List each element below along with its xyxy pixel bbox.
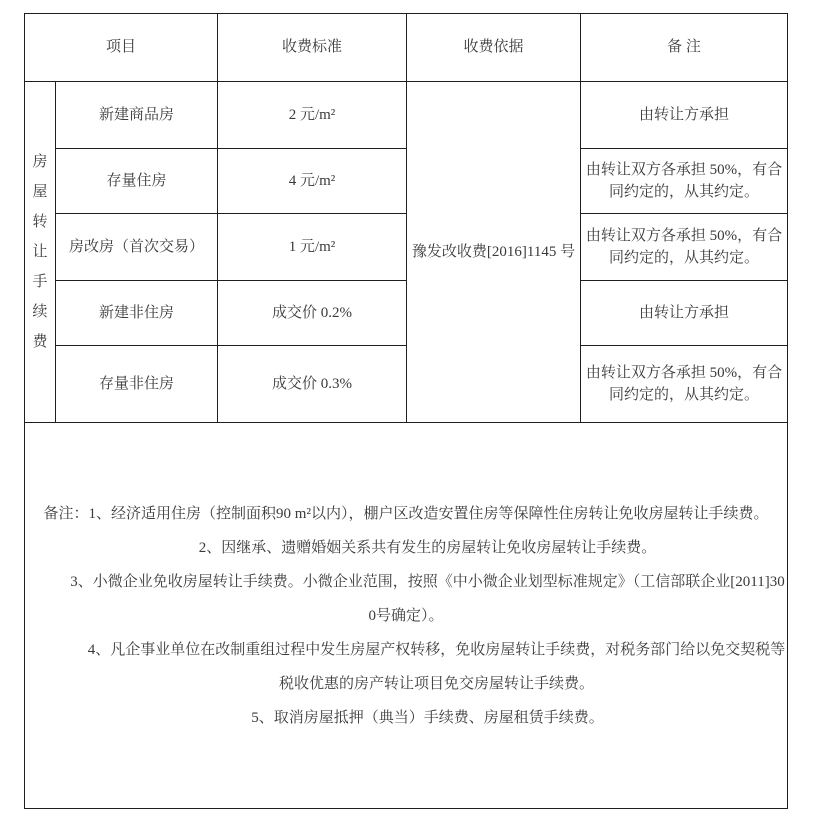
- fee-schedule-page: 项目 收费标准 收费依据 备 注 房屋转让手续费 新建商品房 2 元/m² 豫发…: [0, 0, 815, 822]
- standard-cell: 1 元/m²: [218, 214, 407, 281]
- table-header-row: 项目 收费标准 收费依据 备 注: [25, 14, 788, 82]
- standard-cell: 成交价 0.3%: [218, 346, 407, 423]
- remark-cell: 由转让双方各承担 50%，有合同约定的，从其约定。: [581, 149, 788, 214]
- table-row: 房屋转让手续费 新建商品房 2 元/m² 豫发改收费[2016]1145 号 由…: [25, 82, 788, 149]
- table-row: 房改房（首次交易） 1 元/m² 由转让双方各承担 50%，有合同约定的，从其约…: [25, 214, 788, 281]
- basis-cell: 豫发改收费[2016]1145 号: [407, 82, 581, 423]
- standard-cell: 4 元/m²: [218, 149, 407, 214]
- remark-cell: 由转让方承担: [581, 281, 788, 346]
- note-text: 1、经济适用住房（控制面积90 m²以内），棚户区改造安置住房等保障性住房转让免…: [89, 506, 769, 522]
- note-item-3: 3、小微企业免收房屋转让手续费。小微企业范围，按照《中小微企业划型标准规定》（工…: [25, 565, 787, 633]
- header-item: 项目: [25, 14, 218, 82]
- note-item-5: 5、取消房屋抵押（典当）手续费、房屋租赁手续费。: [25, 701, 787, 735]
- item-cell: 存量住房: [56, 149, 218, 214]
- note-item-4: 4、凡企事业单位在改制重组过程中发生房屋产权转移，免收房屋转让手续费，对税务部门…: [25, 633, 787, 701]
- header-remark: 备 注: [581, 14, 788, 82]
- category-cell: 房屋转让手续费: [25, 82, 56, 423]
- table-row: 存量住房 4 元/m² 由转让双方各承担 50%，有合同约定的，从其约定。: [25, 149, 788, 214]
- standard-cell: 成交价 0.2%: [218, 281, 407, 346]
- notes-row: 备注：1、经济适用住房（控制面积90 m²以内），棚户区改造安置住房等保障性住房…: [25, 423, 788, 809]
- note-item-2: 2、因继承、遗赠婚姻关系共有发生的房屋转让免收房屋转让手续费。: [25, 531, 787, 565]
- table-row: 存量非住房 成交价 0.3% 由转让双方各承担 50%，有合同约定的，从其约定。: [25, 346, 788, 423]
- item-cell: 存量非住房: [56, 346, 218, 423]
- category-vertical-label: 房屋转让手续费: [32, 147, 48, 357]
- item-cell: 房改房（首次交易）: [56, 214, 218, 281]
- standard-cell: 2 元/m²: [218, 82, 407, 149]
- item-cell: 新建非住房: [56, 281, 218, 346]
- notes-cell: 备注：1、经济适用住房（控制面积90 m²以内），棚户区改造安置住房等保障性住房…: [25, 423, 788, 809]
- table-row: 新建非住房 成交价 0.2% 由转让方承担: [25, 281, 788, 346]
- remark-cell: 由转让双方各承担 50%，有合同约定的，从其约定。: [581, 214, 788, 281]
- item-cell: 新建商品房: [56, 82, 218, 149]
- note-item-1: 备注：1、经济适用住房（控制面积90 m²以内），棚户区改造安置住房等保障性住房…: [25, 497, 787, 531]
- header-basis: 收费依据: [407, 14, 581, 82]
- header-standard: 收费标准: [218, 14, 407, 82]
- remark-cell: 由转让双方各承担 50%，有合同约定的，从其约定。: [581, 346, 788, 423]
- notes-label: 备注：: [44, 506, 89, 522]
- remark-cell: 由转让方承担: [581, 82, 788, 149]
- fee-table: 项目 收费标准 收费依据 备 注 房屋转让手续费 新建商品房 2 元/m² 豫发…: [24, 13, 788, 809]
